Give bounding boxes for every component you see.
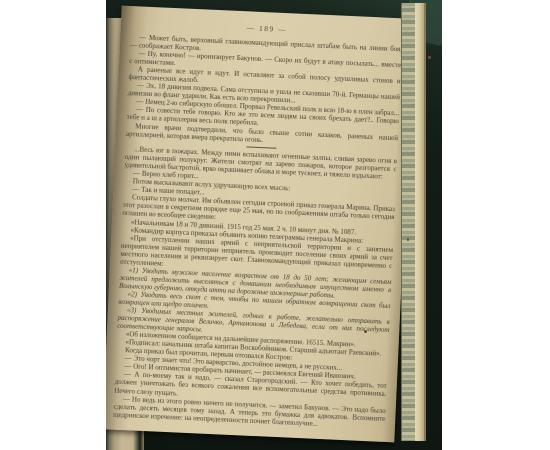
page-content: — 189 — — Может быть, верховный главноко… bbox=[113, 18, 403, 431]
foxing-speck bbox=[428, 56, 431, 59]
fore-edge-cream-band bbox=[415, 3, 424, 441]
page-text: — Может быть, верховный главнокомандующи… bbox=[113, 33, 402, 431]
section-divider bbox=[246, 146, 276, 148]
foxing-speck bbox=[364, 330, 367, 333]
fore-edge-mottled-band bbox=[401, 3, 416, 441]
foxing-speck bbox=[407, 238, 409, 241]
fore-edge-sliver bbox=[424, 3, 426, 441]
book-photo: — 189 — — Может быть, верховный главноко… bbox=[106, 0, 442, 450]
book-page: — 189 — — Может быть, верховный главноко… bbox=[106, 6, 413, 443]
